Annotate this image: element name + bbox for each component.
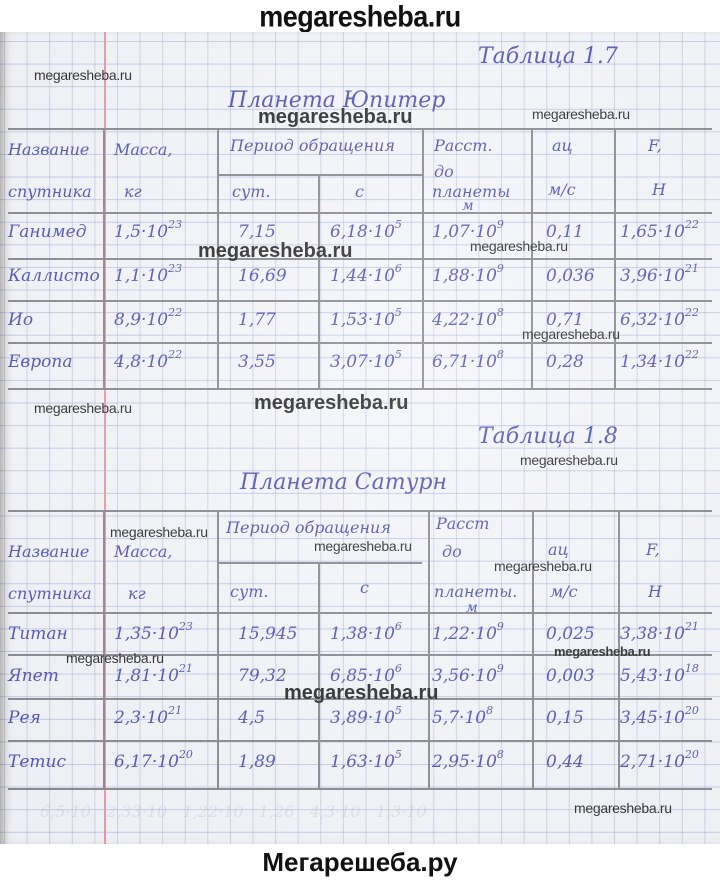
table1-cell-days: 7,15	[238, 222, 276, 242]
watermark: megaresheba.ru	[258, 106, 413, 129]
table2-planet: Планета Сатурн	[240, 470, 447, 495]
t2-h-dist-4: м	[466, 600, 478, 616]
table2-cell-days: 79,32	[238, 666, 287, 686]
table1-row-divider	[8, 300, 712, 302]
table2-cell-accel: 0,003	[546, 666, 595, 686]
table2-col-divider	[217, 510, 219, 790]
t1-h-mass-2: кг	[124, 182, 142, 201]
t2-h-dist-2: до	[442, 542, 462, 561]
t1-h-period: Период обращения	[230, 136, 395, 155]
t1-h-dist-4: м	[462, 198, 474, 214]
t1-h-mass-1: Масса,	[114, 140, 172, 159]
table1-col-divider	[422, 128, 424, 390]
table1-row-divider	[8, 342, 712, 344]
watermark: megaresheba.ru	[34, 400, 132, 416]
table1-cell-days: 3,55	[238, 352, 276, 372]
table2-cell-name: Япет	[8, 666, 59, 686]
watermark: megaresheba.ru	[554, 644, 650, 659]
table2-cell-force: 3,45·1020	[620, 708, 699, 728]
t2-h-period-sec: с	[360, 578, 369, 597]
table1-border-bottom	[8, 388, 712, 390]
table2-cell-days: 1,89	[238, 752, 276, 772]
t2-h-mass-1: Масса,	[114, 542, 172, 561]
watermark: megaresheba.ru	[34, 67, 132, 83]
table2-cell-days: 4,5	[238, 708, 265, 728]
watermark: megaresheba.ru	[110, 524, 208, 540]
table2-cell-sec: 3,89·105	[330, 708, 402, 728]
table2-cell-mass: 2,3·1021	[114, 708, 182, 728]
table1-cell-name: Ганимед	[8, 222, 86, 242]
watermark: megaresheba.ru	[470, 238, 568, 254]
t2-h-name-2: спутника	[8, 584, 92, 603]
t2-h-dist-3: планеты.	[434, 582, 517, 601]
t2-h-period: Период обращения	[226, 518, 391, 537]
table1-col-divider	[318, 174, 320, 390]
t2-h-accel-unit: м/с	[550, 582, 578, 601]
watermark: megaresheba.ru	[494, 558, 592, 574]
watermark: megaresheba.ru	[66, 650, 164, 666]
table2-cell-mass: 6,17·1020	[114, 752, 193, 772]
t1-h-dist-1: Расст.	[434, 136, 492, 155]
t1-h-accel: aц	[552, 136, 573, 155]
table2-border-bottom	[8, 788, 712, 790]
table2-caption: Таблица 1.8	[478, 424, 618, 449]
table2-border-top	[8, 510, 712, 512]
t2-h-accel: aц	[548, 540, 569, 559]
table1-cell-days: 16,69	[238, 266, 287, 286]
table1-cell-dist: 1,88·109	[432, 266, 504, 286]
table1-cell-sec: 1,44·106	[330, 266, 402, 286]
table1-cell-accel: 0,28	[546, 352, 584, 372]
table2-cell-name: Тетис	[8, 752, 66, 772]
watermark: megaresheba.ru	[254, 392, 409, 415]
table2-col-divider	[428, 510, 430, 790]
table1-header-bottom	[8, 212, 712, 214]
t1-h-period-sec: с	[355, 182, 364, 201]
bleed-through-text: 6,5·10 2,33·10 1,22·10 1,26 4,3·10 1,3·1…	[40, 802, 427, 821]
table1-cell-name: Ио	[8, 310, 33, 330]
table2-col-divider	[318, 562, 320, 790]
table1-cell-name: Европа	[8, 352, 73, 372]
table1-col-divider	[614, 128, 616, 390]
watermark: megaresheba.ru	[198, 240, 353, 263]
table1-row-divider	[8, 258, 712, 260]
t2-h-mass-2: кг	[128, 584, 146, 603]
table2-cell-dist: 3,56·109	[432, 666, 504, 686]
table2-cell-force: 5,43·1018	[620, 666, 699, 686]
table1-cell-dist: 4,22·108	[432, 310, 504, 330]
table2-cell-mass: 1,81·1021	[114, 666, 193, 686]
table1-cell-sec: 3,07·105	[330, 352, 402, 372]
t1-h-accel-unit: м/с	[548, 180, 576, 199]
table2-cell-accel: 0,44	[546, 752, 584, 772]
table2-cell-sec: 1,63·105	[330, 752, 402, 772]
table2-cell-force: 3,38·1021	[620, 624, 699, 644]
table1-cell-force: 3,96·1021	[620, 266, 699, 286]
table2-cell-mass: 1,35·1023	[114, 624, 193, 644]
table1-cell-mass: 4,8·1022	[114, 352, 182, 372]
notebook-page: Таблица 1.7 Планета Юпитер Название спут…	[0, 32, 720, 844]
table2-cell-name: Рея	[8, 708, 41, 728]
t2-h-name-1: Название	[8, 542, 89, 561]
table1-cell-sec: 1,53·105	[330, 310, 402, 330]
table2-cell-dist: 5,7·108	[432, 708, 493, 728]
table1-period-split	[218, 174, 422, 176]
table1-caption: Таблица 1.7	[478, 44, 618, 69]
table2-cell-dist: 2,95·108	[432, 752, 504, 772]
t1-h-name-1: Название	[8, 140, 89, 159]
t2-h-dist-1: Расст	[436, 514, 489, 533]
t2-h-force-unit: Н	[648, 582, 662, 601]
t1-h-force-unit: Н	[652, 180, 666, 199]
t1-h-dist-2: до	[434, 162, 454, 181]
table1-cell-force: 1,65·1022	[620, 222, 699, 242]
t1-h-force: F,	[648, 136, 662, 155]
table2-header-bottom	[8, 612, 712, 614]
watermark: megaresheba.ru	[520, 452, 618, 468]
t2-h-force: F,	[646, 540, 660, 559]
watermark: megaresheba.ru	[532, 106, 630, 122]
table2-col-divider	[532, 510, 534, 790]
table2-cell-name: Титан	[8, 624, 68, 644]
table1-cell-mass: 8,9·1022	[114, 310, 182, 330]
table2-cell-force: 2,71·1020	[620, 752, 699, 772]
t2-h-period-days: сут.	[230, 582, 269, 601]
table2-cell-sec: 1,38·106	[330, 624, 402, 644]
table1-cell-sec: 6,18·105	[330, 222, 402, 242]
table1-col-divider	[103, 128, 105, 390]
table1-cell-force: 6,32·1022	[620, 310, 699, 330]
table1-cell-dist: 6,71·108	[432, 352, 504, 372]
watermark: megaresheba.ru	[522, 326, 620, 342]
table1-cell-force: 1,34·1022	[620, 352, 699, 372]
table1-cell-mass: 1,1·1023	[114, 266, 182, 286]
table1-cell-name: Каллисто	[8, 266, 100, 286]
watermark: megaresheba.ru	[284, 682, 439, 705]
watermark: megaresheba.ru	[574, 800, 672, 816]
table2-period-split	[218, 562, 422, 564]
table2-cell-dist: 1,22·109	[432, 624, 504, 644]
table2-row-divider	[8, 740, 712, 742]
t1-h-name-2: спутника	[8, 182, 92, 201]
table1-col-divider	[531, 128, 533, 390]
table1-cell-accel: 0,036	[546, 266, 595, 286]
table1-cell-mass: 1,5·1023	[114, 222, 182, 242]
table1-cell-days: 1,77	[238, 310, 276, 330]
site-footer-brand: Мегарешеба.ру	[0, 844, 720, 880]
table2-cell-days: 15,945	[238, 624, 297, 644]
watermark: megaresheba.ru	[314, 538, 412, 554]
t1-h-period-days: сут.	[232, 182, 271, 201]
table2-cell-accel: 0,15	[546, 708, 584, 728]
table2-cell-accel: 0,025	[546, 624, 595, 644]
